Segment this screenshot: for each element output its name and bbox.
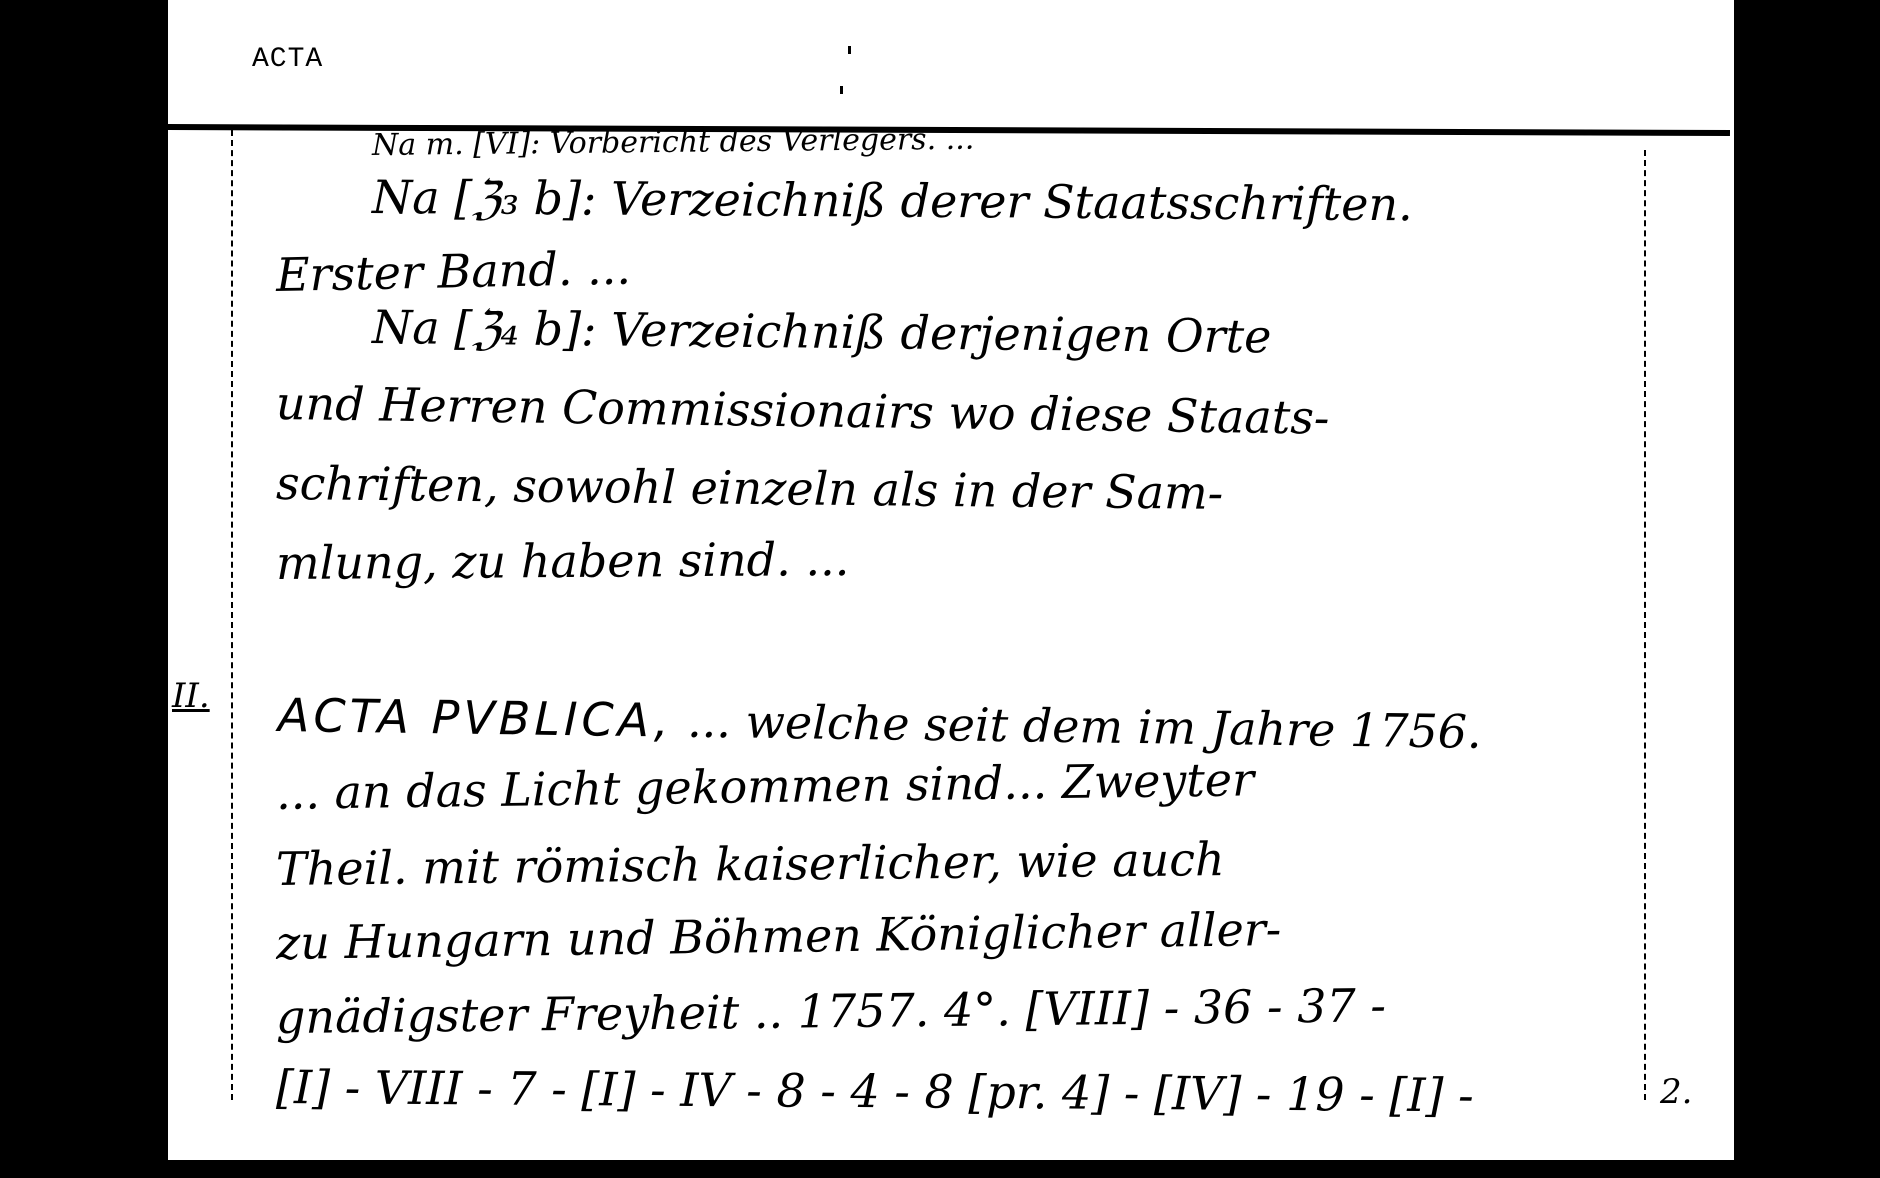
title-continuation: ... welche seit dem im Jahre 1756. (687, 694, 1482, 759)
handwritten-line-collation: [I] - VIII - 7 - [I] - IV - 8 - 4 - 8 [p… (276, 1060, 1474, 1122)
section-number-margin: II. (172, 676, 210, 716)
handwritten-line: schriften, sowohl einzeln als in der Sam… (276, 456, 1224, 520)
scan-artifact (848, 46, 851, 54)
section-numeral: II. (172, 676, 210, 716)
card-header (168, 0, 1736, 124)
handwritten-line: Na [ℨ₄ b]: Verzeichniß derjenigen Orte (372, 300, 1272, 363)
card-number-margin: 2. (1660, 1072, 1692, 1112)
left-margin-rule (231, 130, 233, 1100)
handwritten-line: Na [ℨ₃ b]: Verzeichniß derer Staatsschri… (372, 170, 1413, 231)
title-caps: ACTA PVBLICA, (278, 688, 673, 748)
handwritten-line: mlung, zu haben sind. ... (276, 532, 850, 590)
scan-artifact (840, 86, 843, 94)
handwritten-line: Erster Band. ... (275, 241, 631, 302)
right-margin-rule (1644, 150, 1646, 1100)
handwritten-line: Na m. [VI]: Vorbericht des Verlegers. ..… (372, 122, 975, 163)
scan-border-bottom (0, 1160, 1880, 1178)
scan-border-right (1734, 0, 1880, 1178)
card-header-title: ACTA (252, 44, 323, 75)
handwritten-line: Theil. mit römisch kaiserlicher, wie auc… (276, 832, 1225, 896)
